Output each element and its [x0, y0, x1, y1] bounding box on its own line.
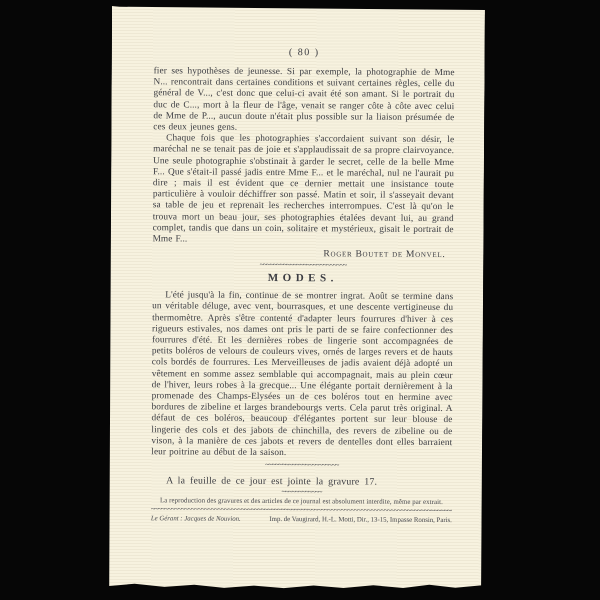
manager-credit: Le Gérant : Jacques de Nouvion.	[151, 516, 241, 524]
printer-credit: Imp. de Vaugirard, H.-L. Motti, Dir., 13…	[269, 516, 451, 524]
modes-paragraph: L'été jusqu'à la fin, continue de se mon…	[151, 291, 453, 461]
article-paragraph: Chaque fois que les photographies s'acco…	[153, 133, 455, 247]
page-number: ( 80 )	[154, 46, 455, 59]
squiggle-divider: ~~~~~~~~~~~~~~~~~~~~~~~~~~	[152, 261, 453, 270]
gravure-announcement: A la feuille de ce jour est jointe la gr…	[151, 476, 452, 489]
squiggle-divider: ~~~~~~~~~~~~	[151, 488, 452, 497]
squiggle-divider: ~~~~~~~~~~~~~~~~~~~~~~	[151, 461, 452, 470]
article-paragraph-continuation: fier ses hypothèses de jeunesse. Si par …	[153, 66, 454, 135]
scanned-page: ( 80 ) fier ses hypothèses de jeunesse. …	[108, 6, 485, 590]
author-signature: Roger Boutet de Monvel.	[152, 248, 453, 261]
squiggle-divider: ~~~~~~~~~~~~~~~~~~~~~~~~~~~~~~~~~~~~~~~~…	[151, 506, 452, 515]
page-content: ( 80 ) fier ses hypothèses de jeunesse. …	[109, 6, 485, 525]
colophon-line: Le Gérant : Jacques de Nouvion. Imp. de …	[151, 516, 452, 525]
section-title-modes: MODES.	[152, 272, 453, 286]
